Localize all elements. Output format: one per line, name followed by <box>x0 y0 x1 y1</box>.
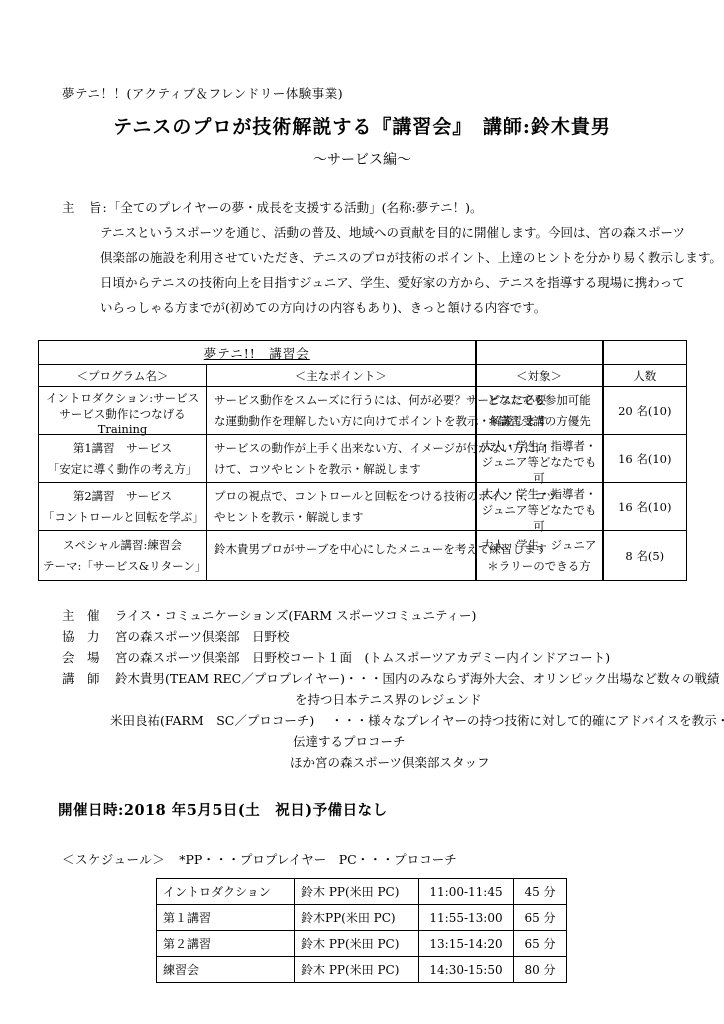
col-header-points: ＜主なポイント＞ <box>207 365 476 387</box>
schedule-staff-cell: 鈴木 PP(米田 PC) <box>295 931 419 957</box>
points-cell: プロの視点で、コントロールと回転をつける技術のポイント、コツやヒントを教示・解説… <box>207 483 476 531</box>
schedule-staff-cell: 鈴木PP(米田 PC) <box>295 905 419 931</box>
schedule-name-cell: 第１講習 <box>157 905 295 931</box>
schedule-name-cell: 第２講習 <box>157 931 295 957</box>
schedule-legend: *PP・・・プロプレイヤー PC・・・プロコーチ <box>179 852 456 867</box>
program-name-cell: イントロダクション:サービスサービス動作につなげる Training <box>39 387 207 435</box>
target-cell: どなたでも参加可能＊講習受講の方優先 <box>476 387 603 435</box>
purpose-line: 日頃からテニスの技術向上を目指すジュニア、学生、愛好家の方から、テニスを指導する… <box>100 270 684 295</box>
col-header-target: ＜対象＞ <box>476 365 603 387</box>
schedule-duration-cell: 65 分 <box>514 905 567 931</box>
lecturer-value: 鈴木貴男(TEAM REC／プロプレイヤー)・・・国内のみならず海外大会、オリン… <box>115 671 720 686</box>
points-cell: サービスの動作が上手く出来ない方、イメージが付かない方に向けて、コツやヒントを教… <box>207 435 476 483</box>
program-table-title: 夢テニ!! 講習会 <box>204 346 310 361</box>
program-line: テーマ:「サービス&リターン」 <box>43 558 202 574</box>
support-label: 協 力 <box>62 626 115 647</box>
schedule-duration-cell: 65 分 <box>514 931 567 957</box>
program-line: 第1講習 サービス <box>43 440 202 456</box>
purpose-label: 主 旨: <box>62 200 108 215</box>
lecturer-row: 講 師鈴木貴男(TEAM REC／プロプレイヤー)・・・国内のみならず海外大会、… <box>62 668 724 689</box>
program-line: 第2講習 サービス <box>43 488 202 504</box>
program-line: 「コントロールと回転を学ぶ」 <box>43 509 202 525</box>
schedule-staff-cell: 鈴木 PP(米田 PC) <box>295 879 419 905</box>
program-table: 夢テニ!! 講習会 ＜プログラム名＞ ＜主なポイント＞ ＜対象＞ 人数 イントロ… <box>38 340 687 581</box>
schedule-table: イントロダクション 鈴木 PP(米田 PC) 11:00-11:45 45 分 … <box>156 878 567 983</box>
table-row: 第２講習 鈴木 PP(米田 PC) 13:15-14:20 65 分 <box>157 931 567 957</box>
schedule-time-cell: 11:55-13:00 <box>419 905 514 931</box>
program-table-title-row: 夢テニ!! 講習会 <box>39 341 687 365</box>
target-line: ジュニア等どなたでも可 <box>481 454 598 486</box>
program-line: イントロダクション:サービス <box>43 390 202 406</box>
lecturer-label: 講 師 <box>62 668 115 689</box>
points-line: やヒントを教示・解説します <box>214 509 471 525</box>
program-line: サービス動作につなげる Training <box>43 406 202 436</box>
schedule-header: ＜スケジュール＞*PP・・・プロプレイヤー PC・・・プロコーチ <box>62 850 724 868</box>
schedule-time-cell: 11:00-11:45 <box>419 879 514 905</box>
points-line: サービスの動作が上手く出来ない方、イメージが付かない方に向 <box>214 440 471 456</box>
target-line: ＊ラリーのできる方 <box>481 558 598 574</box>
credits-section: 主 催ライス・コミュニケーションズ(FARM スポーツコミュニティー) 協 力宮… <box>62 605 724 773</box>
target-line: ＊講習受講の方優先 <box>481 413 598 429</box>
document-page: 夢テニ！！(アクティブ＆フレンドリー体験事業) テニスのプロが技術解説する『講習… <box>0 0 724 1024</box>
schedule-name-cell: イントロダクション <box>157 879 295 905</box>
venue-label: 会 場 <box>62 647 115 668</box>
program-line: スペシャル講習:練習会 <box>43 537 202 553</box>
page-subtitle: ～サービス編～ <box>0 149 724 169</box>
schedule-time-cell: 14:30-15:50 <box>419 957 514 983</box>
table-row: 第2講習 サービス「コントロールと回転を学ぶ」 プロの視点で、コントロールと回転… <box>39 483 687 531</box>
target-line: どなたでも参加可能 <box>481 392 598 408</box>
page-title: テニスのプロが技術解説する『講習会』 講師:鈴木貴男 <box>0 112 724 139</box>
lecturer-continuation: を持つ日本テニス界のレジェンド <box>295 689 724 710</box>
staff-note: ほか宮の森スポーツ倶楽部スタッフ <box>290 752 724 773</box>
target-line: 大人・学生・指導者・ <box>481 486 598 502</box>
points-line: な運動動作を理解したい方に向けてポイントを教示・解説します <box>214 413 471 429</box>
count-cell: 8 名(5) <box>603 531 687 581</box>
lecturer2-continuation: 伝達するプロコーチ <box>293 731 724 752</box>
event-date: 開催日時:2018 年5月5日(土 祝日)予備日なし <box>58 799 724 820</box>
target-cell: 大人・学生・指導者・ジュニア等どなたでも可 <box>476 483 603 531</box>
points-line: サービス動作をスムーズに行うには、何が必要？サービスに必要 <box>214 392 471 408</box>
organizer-row: 主 催ライス・コミュニケーションズ(FARM スポーツコミュニティー) <box>62 605 724 626</box>
table-row: 第1講習 サービス「安定に導く動作の考え方」 サービスの動作が上手く出来ない方、… <box>39 435 687 483</box>
target-line: ジュニア等どなたでも可 <box>481 502 598 534</box>
schedule-name-cell: 練習会 <box>157 957 295 983</box>
venue-value: 宮の森スポーツ倶楽部 日野校コート１面 (トムスポーツアカデミー内インドアコート… <box>115 650 610 665</box>
program-table-title-cell: 夢テニ!! 講習会 <box>39 341 476 365</box>
empty-cell <box>476 341 603 365</box>
target-line: 大人、学生、ジュニア <box>481 537 598 553</box>
table-row: イントロダクション:サービスサービス動作につなげる Training サービス動… <box>39 387 687 435</box>
schedule-duration-cell: 45 分 <box>514 879 567 905</box>
count-cell: 20 名(10) <box>603 387 687 435</box>
empty-cell <box>603 341 687 365</box>
target-cell: 大人・学生・指導者・ジュニア等どなたでも可 <box>476 435 603 483</box>
table-row: 練習会 鈴木 PP(米田 PC) 14:30-15:50 80 分 <box>157 957 567 983</box>
venue-row: 会 場宮の森スポーツ倶楽部 日野校コート１面 (トムスポーツアカデミー内インドア… <box>62 647 724 668</box>
purpose-body: テニスというスポーツを通じ、活動の普及、地域への貢献を目的に開催します。今回は、… <box>100 220 684 320</box>
schedule-staff-cell: 鈴木 PP(米田 PC) <box>295 957 419 983</box>
col-header-count: 人数 <box>603 365 687 387</box>
purpose-line: いらっしゃる方までが(初めての方向けの内容もあり)、きっと頷ける内容です。 <box>100 295 684 320</box>
schedule-time-cell: 13:15-14:20 <box>419 931 514 957</box>
organizer-label: 主 催 <box>62 605 115 626</box>
purpose-intro: 「全てのプレイヤーの夢・成長を支援する活動」(名称:夢テニ！)。 <box>108 200 483 215</box>
purpose-line: 倶楽部の施設を利用させていただき、テニスのプロが技術のポイント、上達のヒントを分… <box>100 245 684 270</box>
count-cell: 16 名(10) <box>603 435 687 483</box>
table-row: イントロダクション 鈴木 PP(米田 PC) 11:00-11:45 45 分 <box>157 879 567 905</box>
program-name-cell: 第2講習 サービス「コントロールと回転を学ぶ」 <box>39 483 207 531</box>
program-name-cell: 第1講習 サービス「安定に導く動作の考え方」 <box>39 435 207 483</box>
schedule-duration-cell: 80 分 <box>514 957 567 983</box>
project-tagline: 夢テニ！！(アクティブ＆フレンドリー体験事業) <box>62 84 724 102</box>
count-cell: 16 名(10) <box>603 483 687 531</box>
table-row: 第１講習 鈴木PP(米田 PC) 11:55-13:00 65 分 <box>157 905 567 931</box>
points-cell: サービス動作をスムーズに行うには、何が必要？サービスに必要な運動動作を理解したい… <box>207 387 476 435</box>
table-row: スペシャル講習:練習会テーマ:「サービス&リターン」 鈴木貴男プロがサーブを中心… <box>39 531 687 581</box>
purpose-first-line: 主 旨:「全てのプレイヤーの夢・成長を支援する活動」(名称:夢テニ！)。 <box>62 195 684 220</box>
points-cell: 鈴木貴男プロがサーブを中心にしたメニューを考えて練習します <box>207 531 476 581</box>
points-line: プロの視点で、コントロールと回転をつける技術のポイント、コツ <box>214 488 471 504</box>
points-line: けて、コツやヒントを教示・解説します <box>214 461 471 477</box>
organizer-value: ライス・コミュニケーションズ(FARM スポーツコミュニティー) <box>115 608 476 623</box>
support-value: 宮の森スポーツ倶楽部 日野校 <box>115 629 290 644</box>
target-line: 大人・学生・指導者・ <box>481 438 598 454</box>
purpose-line: テニスというスポーツを通じ、活動の普及、地域への貢献を目的に開催します。今回は、… <box>100 220 684 245</box>
col-header-program: ＜プログラム名＞ <box>39 365 207 387</box>
points-line: 鈴木貴男プロがサーブを中心にしたメニューを考えて練習します <box>214 541 471 557</box>
lecturer2-row: 米田良祐(FARM SC／プロコーチ) ・・・様々なプレイヤーの持つ技術に対して… <box>110 710 724 731</box>
program-table-header-row: ＜プログラム名＞ ＜主なポイント＞ ＜対象＞ 人数 <box>39 365 687 387</box>
purpose-section: 主 旨:「全てのプレイヤーの夢・成長を支援する活動」(名称:夢テニ！)。 テニス… <box>62 195 684 320</box>
schedule-label: ＜スケジュール＞ <box>62 852 165 867</box>
program-name-cell: スペシャル講習:練習会テーマ:「サービス&リターン」 <box>39 531 207 581</box>
support-row: 協 力宮の森スポーツ倶楽部 日野校 <box>62 626 724 647</box>
program-line: 「安定に導く動作の考え方」 <box>43 461 202 477</box>
